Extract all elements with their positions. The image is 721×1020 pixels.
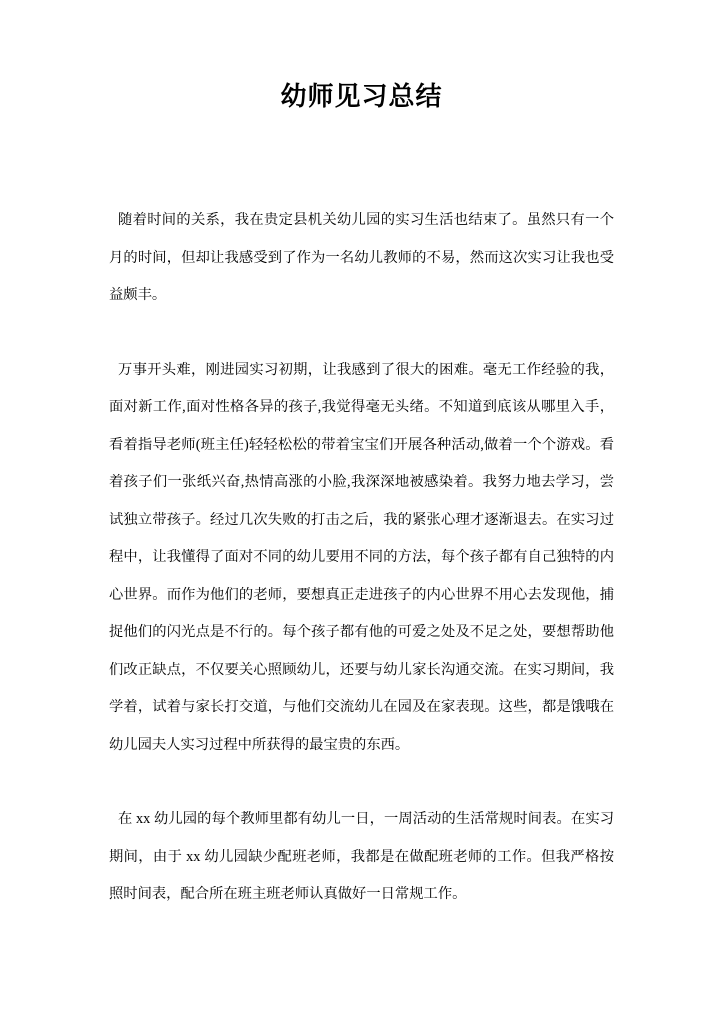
document-page: 幼师见习总结 随着时间的关系，我在贵定县机关幼儿园的实习生活也结束了。虽然只有一… [0,0,721,1020]
paragraph-schedule: 在 xx 幼儿园的每个教师里都有幼儿一日，一周活动的生活常规时间表。在实习期间，… [109,801,614,914]
paragraph-body: 万事开头难，刚进园实习初期，让我感到了很大的困难。毫无工作经验的我，面对新工作,… [109,352,614,765]
paragraph-intro: 随着时间的关系，我在贵定县机关幼儿园的实习生活也结束了。虽然只有一个月的时间，但… [109,202,614,315]
document-title: 幼师见习总结 [109,80,614,114]
